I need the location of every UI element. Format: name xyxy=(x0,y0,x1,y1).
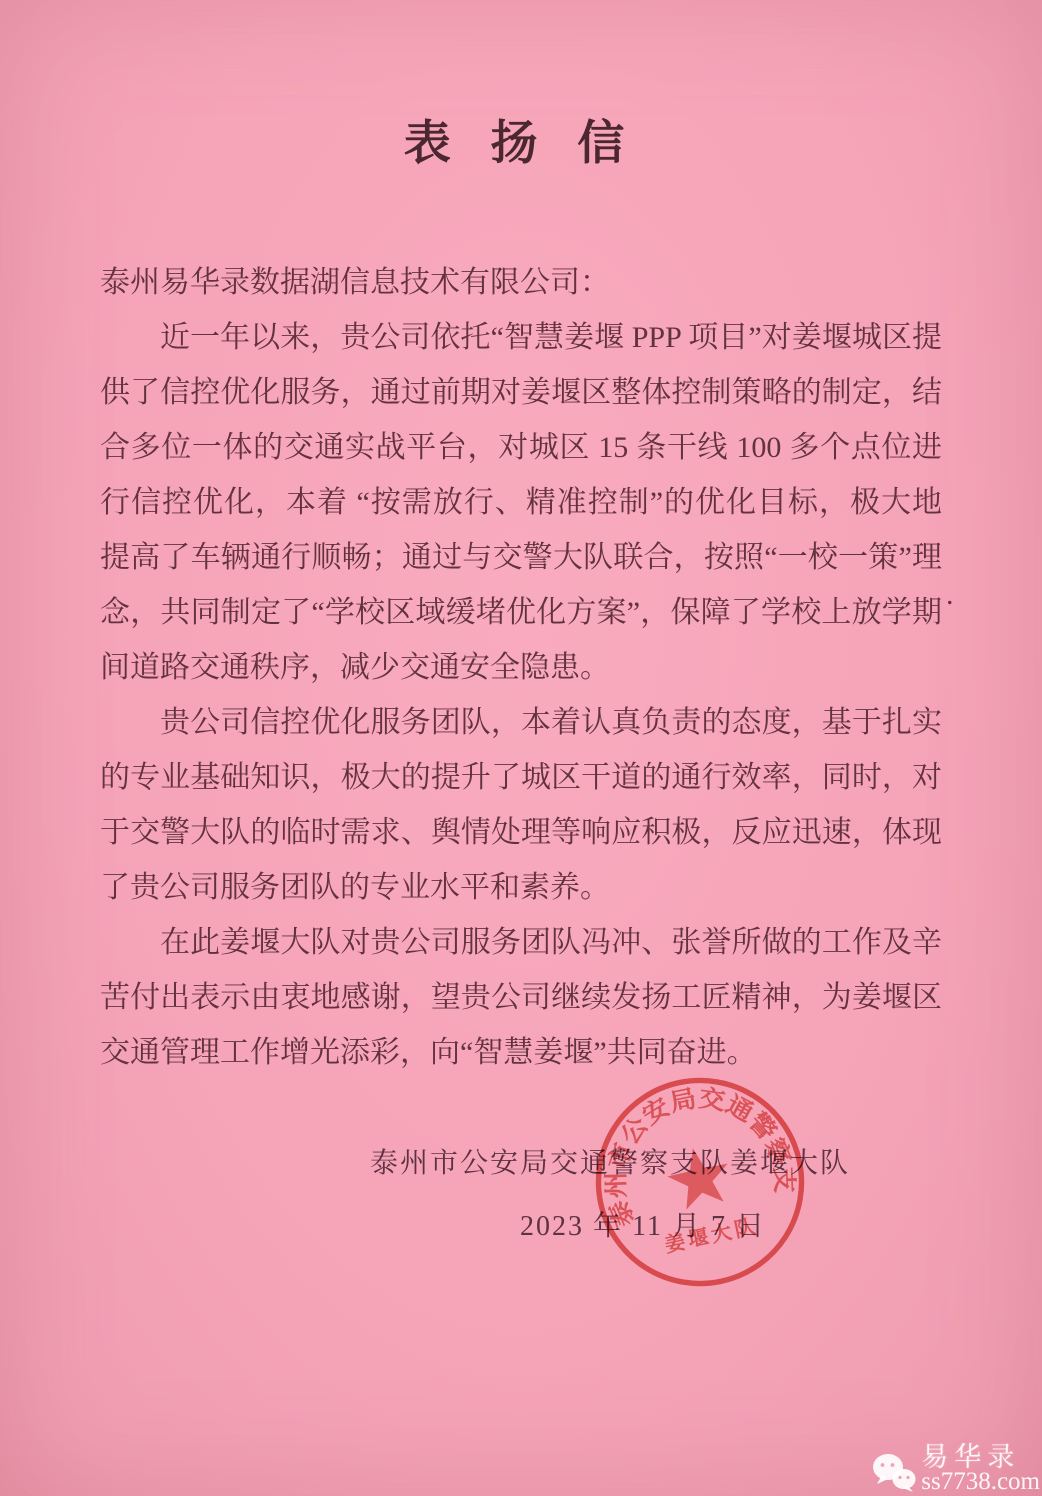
signature-block: 泰州市公安局交通警察支队姜堰大队 2023 年 11 月 7 日 xyxy=(100,1136,942,1254)
paragraph-3: 在此姜堰大队对贵公司服务团队冯冲、张誉所做的工作及辛苦付出表示由衷地感谢，望贵公… xyxy=(100,915,942,1080)
signature-date: 2023 年 11 月 7 日 xyxy=(100,1199,942,1254)
watermark-brand: 易华录 xyxy=(921,1444,1040,1471)
commendation-letter-page: 表 扬 信 泰州易华录数据湖信息技术有限公司： 近一年以来，贵公司依托“智慧姜堰… xyxy=(0,0,1042,1496)
letter-body: 泰州易华录数据湖信息技术有限公司： 近一年以来，贵公司依托“智慧姜堰 PPP 项… xyxy=(100,255,942,1254)
wechat-icon xyxy=(871,1452,917,1494)
watermark-text: 易华录 ss7738.com xyxy=(921,1444,1040,1494)
salutation: 泰州易华录数据湖信息技术有限公司： xyxy=(100,255,942,310)
letter-title: 表 扬 信 xyxy=(0,0,1042,173)
ink-speck: . xyxy=(946,578,954,612)
paragraph-2: 贵公司信控优化服务团队，本着认真负责的态度，基于扎实的专业基础知识，极大的提升了… xyxy=(100,695,942,915)
wechat-watermark: 易华录 ss7738.com xyxy=(871,1444,1042,1496)
watermark-site: ss7738.com xyxy=(921,1469,1040,1494)
signature-org: 泰州市公安局交通警察支队姜堰大队 xyxy=(100,1136,942,1191)
paragraph-1: 近一年以来，贵公司依托“智慧姜堰 PPP 项目”对姜堰城区提供了信控优化服务，通… xyxy=(100,310,942,695)
